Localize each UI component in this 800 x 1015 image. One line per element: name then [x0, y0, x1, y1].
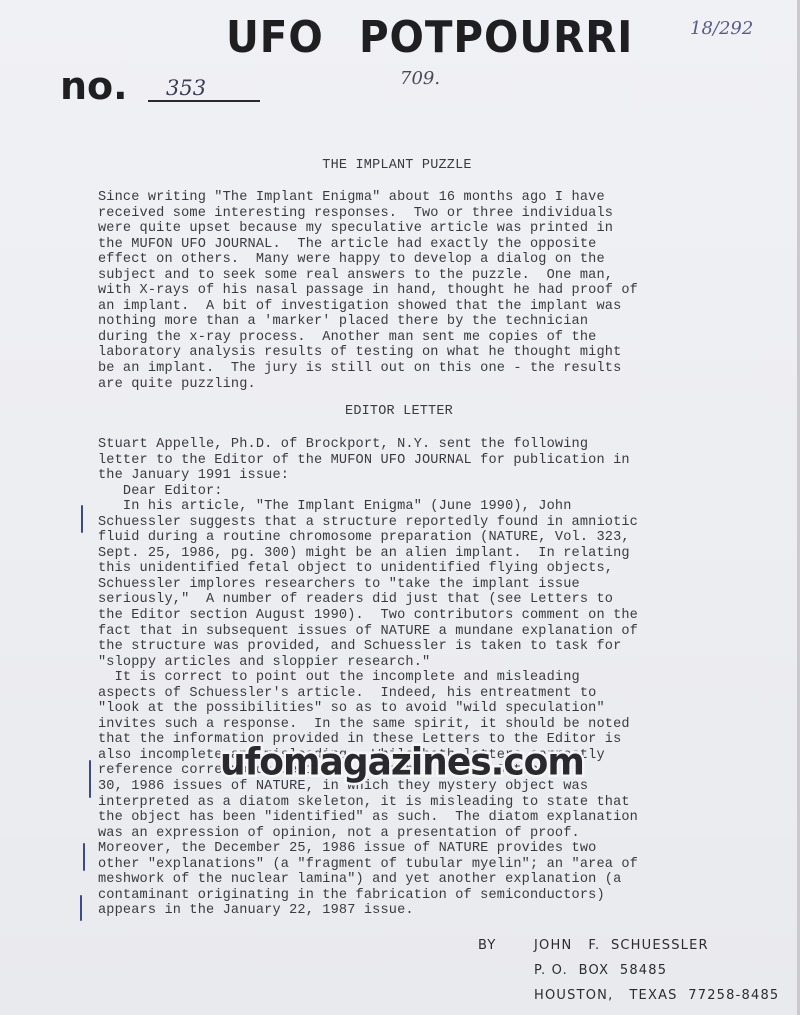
- text-line: other "explanations" (a "fragment of tub…: [98, 857, 738, 873]
- text-line: the structure was provided, and Schuessl…: [98, 639, 738, 655]
- text-line: meshwork of the nuclear lamina") and yet…: [98, 872, 738, 888]
- text-line: an implant. A bit of investigation showe…: [98, 299, 738, 315]
- article-title-editor-letter: EDITOR LETTER: [0, 404, 799, 419]
- margin-mark: [80, 895, 82, 921]
- text-line: "look at the possibilities" so as to avo…: [98, 701, 738, 717]
- issue-number: 353: [166, 76, 206, 100]
- margin-mark: [81, 505, 83, 533]
- text-line: fact that in subsequent issues of NATURE…: [98, 624, 738, 640]
- text-line: In his article, "The Implant Enigma" (Ju…: [98, 499, 738, 515]
- text-line: It is correct to point out the incomplet…: [98, 670, 738, 686]
- text-line: Stuart Appelle, Ph.D. of Brockport, N.Y.…: [98, 437, 738, 453]
- text-line: this unidentified fetal object to uniden…: [98, 561, 738, 577]
- text-line: Dear Editor:: [98, 484, 738, 500]
- text-line: effect on others. Many were happy to dev…: [98, 252, 738, 268]
- margin-mark: [83, 843, 85, 871]
- text-line: letter to the Editor of the MUFON UFO JO…: [98, 453, 738, 469]
- text-line: the object has been "identified" as such…: [98, 810, 738, 826]
- text-line: received some interesting responses. Two…: [98, 206, 738, 222]
- signature-by: BY: [478, 933, 534, 958]
- text-line: Schuessler suggests that a structure rep…: [98, 515, 738, 531]
- issue-number-label: no.: [60, 64, 128, 108]
- text-line: subject and to seek some real answers to…: [98, 268, 738, 284]
- text-line: the January 1991 issue:: [98, 468, 738, 484]
- issue-number-underline: [148, 100, 260, 102]
- article-body-editor-letter: Stuart Appelle, Ph.D. of Brockport, N.Y.…: [98, 437, 738, 919]
- text-line: seriously," A number of readers did just…: [98, 592, 738, 608]
- text-line: Since writing "The Implant Enigma" about…: [98, 190, 738, 206]
- text-line: laboratory analysis results of testing o…: [98, 345, 738, 361]
- signature-block: BY JOHN F. SCHUESSLER P. O. BOX 58485 HO…: [478, 933, 779, 1008]
- text-line: be an implant. The jury is still out on …: [98, 361, 738, 377]
- article-body-implant-puzzle: Since writing "The Implant Enigma" about…: [98, 190, 738, 392]
- text-line: was an expression of opinion, not a pres…: [98, 826, 738, 842]
- text-line: Sept. 25, 1986, pg. 300) might be an ali…: [98, 546, 738, 562]
- address-line-2: HOUSTON, TEXAS 77258-8485: [534, 983, 779, 1008]
- text-line: were quite upset because my speculative …: [98, 221, 738, 237]
- text-line: the MUFON UFO JOURNAL. The article had e…: [98, 237, 738, 253]
- author-name: JOHN F. SCHUESSLER: [534, 933, 709, 958]
- text-line: fluid during a routine chromosome prepar…: [98, 530, 738, 546]
- text-line: are quite puzzling.: [98, 377, 738, 393]
- article-title-implant-puzzle: THE IMPLANT PUZZLE: [0, 158, 797, 173]
- text-line: "sloppy articles and sloppier research.": [98, 655, 738, 671]
- text-line: the Editor section August 1990). Two con…: [98, 608, 738, 624]
- text-line: invites such a response. In the same spi…: [98, 717, 738, 733]
- text-line: Moreover, the December 25, 1986 issue of…: [98, 841, 738, 857]
- text-line: with X-rays of his nasal passage in hand…: [98, 283, 738, 299]
- text-line: interpreted as a diatom skeleton, it is …: [98, 795, 738, 811]
- text-line: during the x-ray process. Another man se…: [98, 330, 738, 346]
- watermark: ufomagazines.com: [220, 741, 584, 784]
- text-line: aspects of Schuessler's article. Indeed,…: [98, 686, 738, 702]
- masthead-title: UFO POTPOURRI: [226, 12, 633, 63]
- text-line: Schuessler implores researchers to "take…: [98, 577, 738, 593]
- text-line: appears in the January 22, 1987 issue.: [98, 903, 738, 919]
- text-line: nothing more than a 'marker' placed ther…: [98, 314, 738, 330]
- handwritten-note-middle: 709.: [400, 68, 440, 89]
- text-line: contaminant originating in the fabricati…: [98, 888, 738, 904]
- handwritten-note-top: 18/292: [690, 18, 753, 39]
- document-page: UFO POTPOURRI no. 353 18/292 709. THE IM…: [0, 0, 800, 1015]
- address-line-1: P. O. BOX 58485: [534, 958, 667, 983]
- margin-mark: [89, 760, 91, 798]
